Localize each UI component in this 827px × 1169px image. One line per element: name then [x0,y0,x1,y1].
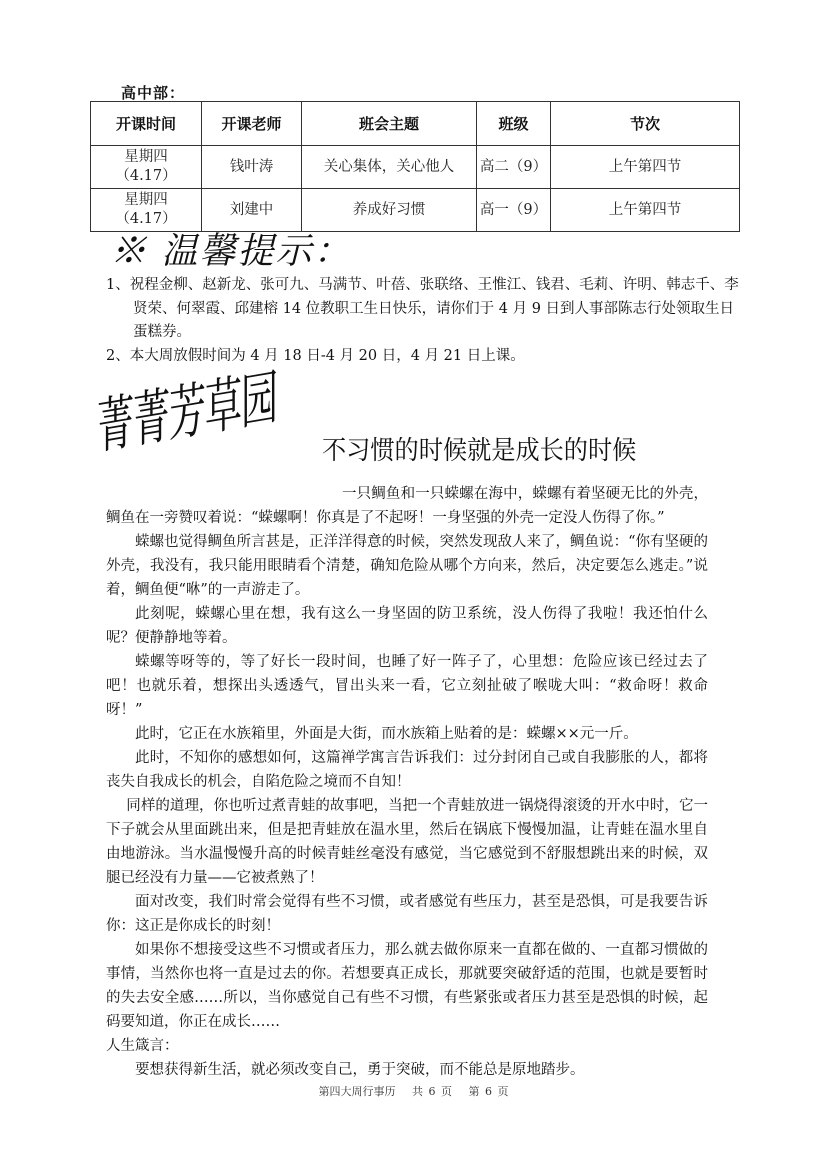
cell-teacher: 刘建中 [202,189,302,232]
header-class: 班级 [477,102,551,146]
header-teacher: 开课老师 [202,102,302,146]
header-period: 节次 [551,102,740,146]
tips-list: 1、祝程金柳、赵新龙、张可九、马满节、叶蓓、张联络、王惟江、钱君、毛莉、许明、韩… [106,274,746,368]
paragraph: 同样的道理，你也听过煮青蛙的故事吧，当把一个青蛙放进一锅烧得滚烫的开水中时，它一… [106,794,708,890]
cell-theme: 关心集体，关心他人 [302,146,477,189]
paragraph: 此刻呢，蝾螺心里在想，我有这么一身坚固的防卫系统，没人伤得了我啦！我还怕什么呢？… [106,602,708,650]
paragraph: 一只鲷鱼和一只蝾螺在海中，蝾螺有着坚硬无比的外壳，鲷鱼在一旁赞叹着说：“蝾螺啊！… [106,482,708,530]
paragraph: 面对改变，我们时常会觉得有些不习惯，或者感觉有些压力，甚至是恐惧，可是我要告诉你… [106,890,708,938]
cell-teacher: 钱叶涛 [202,146,302,189]
header-time: 开课时间 [91,102,202,146]
cell-period: 上午第四节 [551,146,740,189]
article-body: 一只鲷鱼和一只蝾螺在海中，蝾螺有着坚硬无比的外壳，鲷鱼在一旁赞叹着说：“蝾螺啊！… [106,482,708,1082]
paragraph: 蝾螺也觉得鲷鱼所言甚是，正洋洋得意的时候，突然发现敌人来了，鲷鱼说：“你有坚硬的… [106,530,708,602]
tips-heading: ※ 温馨提示： [110,232,351,272]
paragraph: 此时，不知你的感想如何，这篇禅学寓言告诉我们：过分封闭自己或自我膨胀的人，都将丧… [106,746,708,794]
cell-class: 高二（9） [477,146,551,189]
cell-time: 星期四（4.17） [91,146,202,189]
tip-birthday: 1、祝程金柳、赵新龙、张可九、马满节、叶蓓、张联络、王惟江、钱君、毛莉、许明、韩… [106,274,746,345]
table-row: 星期四（4.17） 钱叶涛 关心集体，关心他人 高二（9） 上午第四节 [91,146,740,189]
paragraph: 蝾螺等呀等的，等了好长一段时间，也睡了好一阵子了，心里想：危险应该已经过去了吧！… [106,650,708,722]
motto-text: 要想获得新生活，就必须改变自己，勇于突破，而不能总是原地踏步。 [106,1058,708,1082]
paragraph: 如果你不想接受这些不习惯或者压力，那么就去做你原来一直都在做的、一直都习惯做的事… [106,938,708,1034]
motto-label: 人生箴言： [106,1034,708,1058]
page-footer: 第四大周行事历 共 6 页 第 6 页 [0,1083,827,1099]
class-meeting-schedule-table: 开课时间 开课老师 班会主题 班级 节次 星期四（4.17） 钱叶涛 关心集体，… [90,101,740,232]
table-header-row: 开课时间 开课老师 班会主题 班级 节次 [91,102,740,146]
cell-class: 高一（9） [477,189,551,232]
article-title: 不习惯的时候就是成长的时候 [322,431,636,471]
header-theme: 班会主题 [302,102,477,146]
cell-time: 星期四（4.17） [91,189,202,232]
cell-theme: 养成好习惯 [302,189,477,232]
table-row: 星期四（4.17） 刘建中 养成好习惯 高一（9） 上午第四节 [91,189,740,232]
section-label-high-school: 高中部： [121,82,185,103]
cell-period: 上午第四节 [551,189,740,232]
paragraph: 此时，它正在水族箱里，外面是大街，而水族箱上贴着的是：蝾螺××元一斤。 [106,722,708,746]
